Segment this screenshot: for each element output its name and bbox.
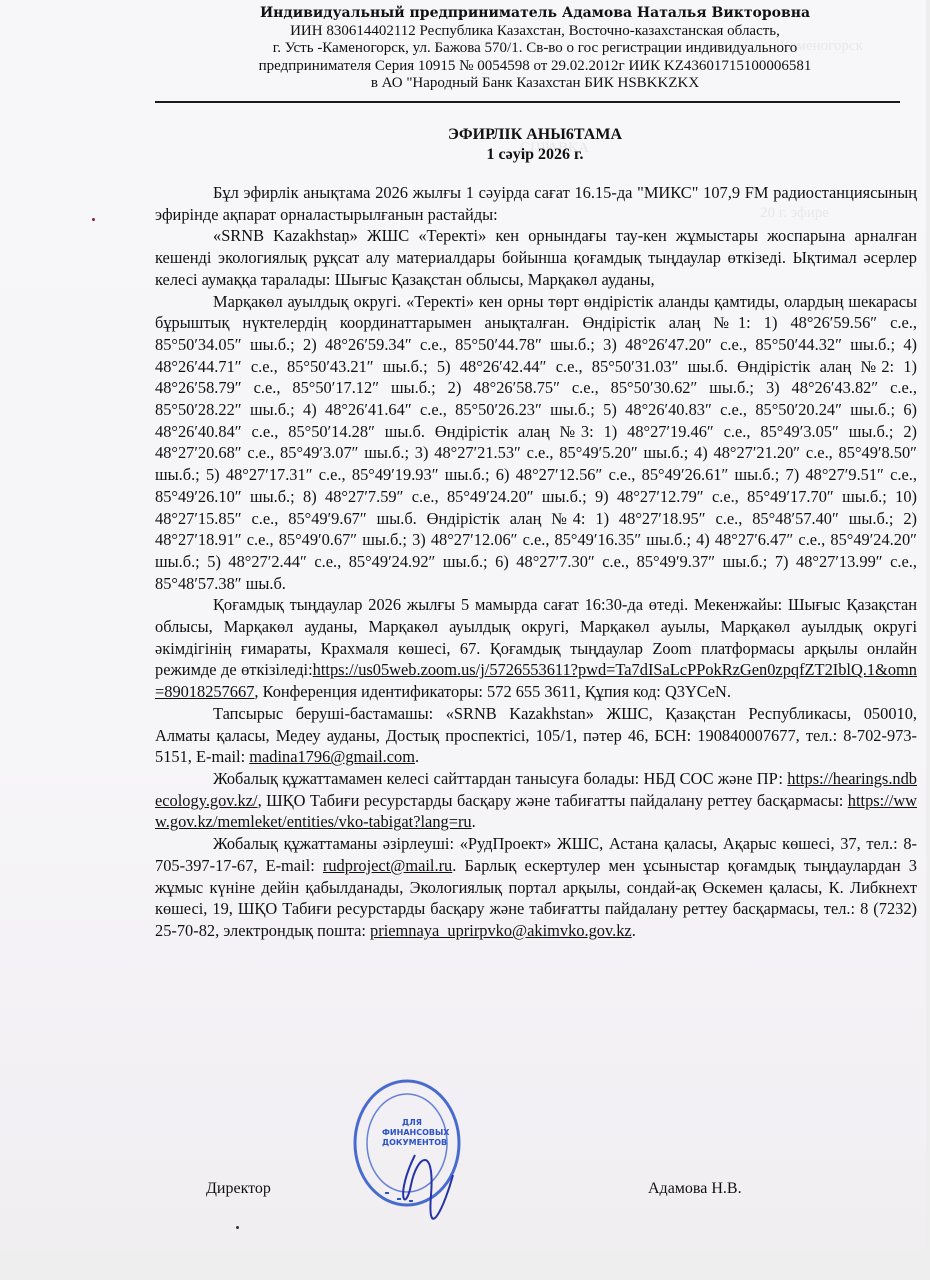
stamp-text-line: ФИНАНСОВЫХ [382, 1128, 442, 1138]
conference-credentials: , Конференция идентификаторы: 572 655 36… [254, 682, 731, 701]
scan-speck [92, 218, 95, 221]
documentation-text: Жобалық құжаттамамен келесі сайттардан т… [213, 769, 787, 788]
document-title: ЭФИРЛІК АНЫ6ТАМА [150, 125, 920, 145]
letterhead-line: г. Усть -Каменогорск, ул. Бажова 570/1. … [150, 40, 920, 58]
paragraph-hearing-intro: «SRNB Kazakhstaņ» ЖШС «Теректі» кен орны… [155, 225, 917, 290]
customer-email-link[interactable]: madina1796@gmail.com [249, 747, 415, 766]
document-heading: ЭФИРЛІК АНЫ6ТАМА 1 сәуір 2026 г. [150, 125, 920, 165]
stamp-text: ДЛЯ ФИНАНСОВЫХ ДОКУМЕНТОВ [382, 1118, 442, 1148]
paragraph-hearing-details: Қоғамдық тыңдаулар 2026 жылғы 5 мамырда … [155, 594, 917, 703]
documentation-text-middle: , ШҚО Табиғи ресурстарды басқару және та… [258, 791, 848, 810]
letterhead-title: Индивидуальный предприниматель Адамова Н… [150, 5, 920, 23]
punctuation: . [472, 812, 476, 831]
document-body: Бұл эфирлік анықтама 2026 жылғы 1 сәуірд… [155, 182, 917, 942]
letterhead-line: в АО "Народный Банк Казахстан БИК HSBKKZ… [150, 75, 920, 93]
official-stamp-icon [345, 1075, 463, 1225]
paragraph-confirmation: Бұл эфирлік анықтама 2026 жылғы 1 сәуірд… [155, 182, 917, 225]
signatory-name: Адамова Н.В. [648, 1180, 742, 1198]
akimat-email-link[interactable]: priemnaya_uprirpvko@akimvko.gov.kz [370, 921, 632, 940]
punctuation: . [415, 747, 419, 766]
letterhead-divider [155, 101, 900, 103]
document-page: Каменогорск СПРАВКА 20 г. эфире Индивиду… [0, 0, 926, 1250]
paragraph-customer: Тапсырыс беруші-бастамашы: «SRNB Kazakhs… [155, 703, 917, 768]
paragraph-documentation-sites: Жобалық құжаттамамен келесі сайттардан т… [155, 768, 917, 833]
stamp-text-line: ДОКУМЕНТОВ [382, 1138, 442, 1148]
signatory-position: Директор [206, 1180, 271, 1198]
letterhead-line: ИИН 830614402112 Республика Казахстан, В… [150, 23, 920, 41]
stamp-text-line: ДЛЯ [382, 1118, 442, 1128]
paragraph-coordinates: Марқакөл ауылдық округі. «Теректі» кен о… [155, 291, 917, 595]
letterhead-line: предпринимателя Серия 10915 № 0054598 от… [150, 58, 920, 76]
punctuation: . [632, 921, 636, 940]
paragraph-developer: Жобалық құжаттаманы әзірлеуші: «РудПроек… [155, 833, 917, 942]
letterhead: Индивидуальный предприниматель Адамова Н… [150, 5, 920, 93]
document-date: 1 сәуір 2026 г. [150, 145, 920, 165]
developer-email-link[interactable]: rudproject@mail.ru [323, 856, 452, 875]
scan-speck [236, 1226, 239, 1229]
